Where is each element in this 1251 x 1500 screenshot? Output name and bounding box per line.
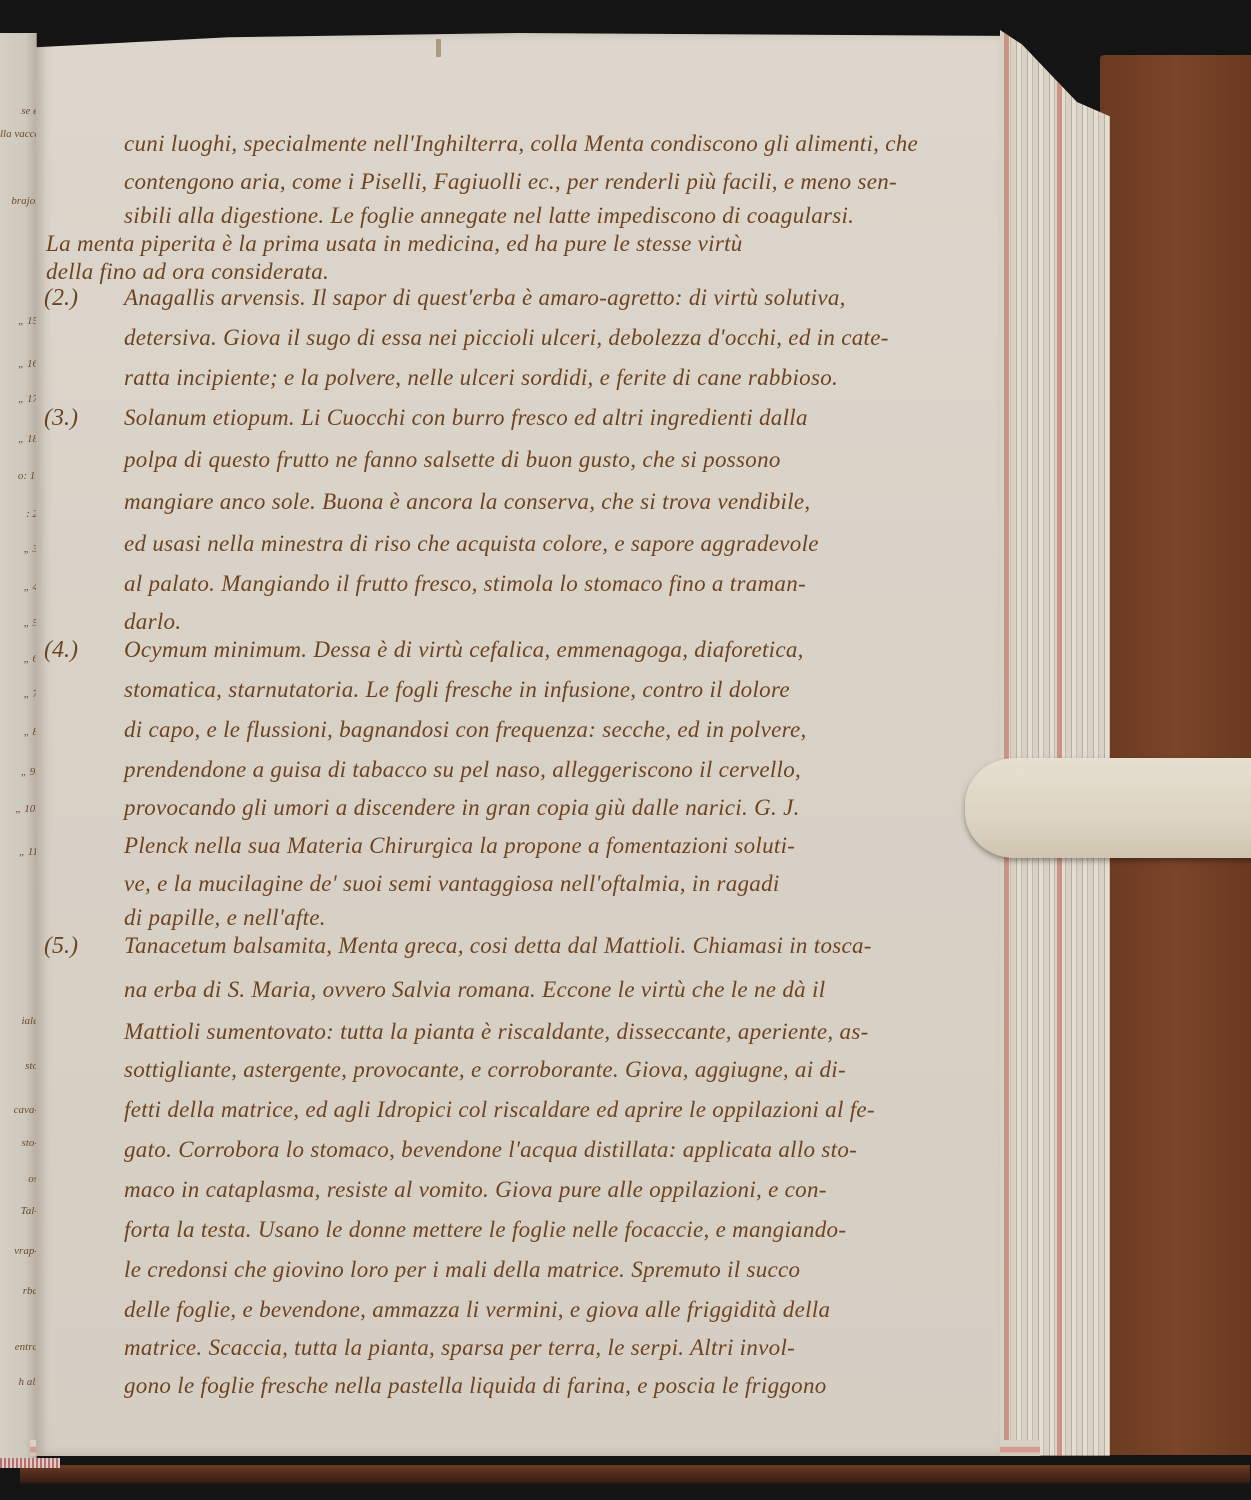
- text-line: le credonsi che giovino loro per i mali …: [124, 1257, 964, 1283]
- margin-fragment: „ 4: [0, 581, 37, 593]
- text-line: ed usasi nella minestra di riso che acqu…: [124, 531, 964, 557]
- text-line: darlo.: [124, 609, 964, 635]
- left-page-sliver: se e lla vacca brajo. „ 15 „ 16 „ 17 „ 1…: [0, 33, 37, 1460]
- margin-fragment: „ 18: [0, 433, 37, 445]
- entry-number: (3.): [44, 405, 78, 432]
- text-line: di papille, e nell'afte.: [124, 905, 964, 931]
- gutter-headband: [0, 1458, 60, 1468]
- margin-fragment: lla vacca: [0, 128, 37, 140]
- margin-fragment: „ 5: [0, 617, 37, 629]
- text-line: fetti della matrice, ed agli Idropici co…: [124, 1097, 964, 1123]
- text-line: gato. Corrobora lo stomaco, bevendone l'…: [124, 1137, 964, 1163]
- margin-fragment: se e: [0, 105, 37, 117]
- text-line: forta la testa. Usano le donne mettere l…: [124, 1217, 964, 1243]
- text-line: gono le foglie fresche nella pastella li…: [124, 1373, 964, 1399]
- margin-fragment: „ 3: [0, 543, 37, 555]
- cover-bottom-edge: [20, 1465, 1250, 1485]
- text-line: delle foglie, e bevendone, ammazza li ve…: [124, 1297, 964, 1323]
- margin-fragment: sto: [0, 1060, 37, 1072]
- margin-fragment: cava-: [0, 1104, 37, 1116]
- pink-leaf-edge: [1004, 30, 1009, 1470]
- manuscript-page: cuni luoghi, specialmente nell'Inghilter…: [36, 33, 1000, 1456]
- text-line: al palato. Mangiando il frutto fresco, s…: [124, 571, 964, 597]
- text-line: sibili alla digestione. Le foglie annega…: [124, 203, 964, 229]
- pink-leaf-edge: [1057, 30, 1062, 1470]
- text-line: ve, e la mucilagine de' suoi semi vantag…: [124, 871, 964, 897]
- book-photograph: se e lla vacca brajo. „ 15 „ 16 „ 17 „ 1…: [0, 0, 1251, 1500]
- margin-fragment: h al.: [0, 1376, 37, 1388]
- entry-number: (4.): [44, 637, 78, 664]
- entry-number: (2.): [44, 285, 78, 312]
- margin-fragment: „ 11: [0, 846, 37, 858]
- page-fore-edge: [1000, 30, 1110, 1470]
- text-line: prendendone a guisa di tabacco su pel na…: [124, 757, 964, 783]
- text-line: cuni luoghi, specialmente nell'Inghilter…: [124, 131, 964, 157]
- text-line: Tanacetum balsamita, Menta greca, cosi d…: [124, 933, 964, 959]
- entry-number: (5.): [44, 933, 78, 960]
- text-line: della fino ad ora considerata.: [46, 259, 886, 285]
- margin-fragment: Tal-: [0, 1205, 37, 1217]
- margin-fragment: vrap-: [0, 1245, 37, 1257]
- margin-fragment: „ 9.: [0, 766, 37, 778]
- text-line: stomatica, starnutatoria. Le fogli fresc…: [124, 677, 964, 703]
- text-line: provocando gli umori a discendere in gra…: [124, 795, 964, 821]
- text-line: detersiva. Giova il sugo di essa nei pic…: [124, 325, 964, 351]
- margin-fragment: entra: [0, 1341, 37, 1353]
- text-line: La menta piperita è la prima usata in me…: [46, 231, 886, 257]
- margin-fragment: o: 1.: [0, 470, 37, 482]
- ink-mark: [436, 39, 441, 57]
- margin-fragment: „ 16: [0, 358, 37, 370]
- leather-cover: [1100, 55, 1251, 1455]
- text-line: matrice. Scaccia, tutta la pianta, spars…: [124, 1335, 964, 1361]
- text-line: Plenck nella sua Materia Chirurgica la p…: [124, 833, 964, 859]
- text-line: contengono aria, come i Piselli, Fagiuol…: [124, 169, 964, 195]
- text-line: Mattioli sumentovato: tutta la pianta è …: [124, 1019, 964, 1045]
- margin-fragment: brajo.: [0, 195, 37, 207]
- margin-fragment: „ 8: [0, 726, 37, 738]
- text-line: Solanum etiopum. Li Cuocchi con burro fr…: [124, 405, 964, 431]
- text-line: sottigliante, astergente, provocante, e …: [124, 1057, 964, 1083]
- margin-fragment: sto-: [0, 1137, 37, 1149]
- margin-fragment: os: [0, 1173, 37, 1185]
- text-line: polpa di questo frutto ne fanno salsette…: [124, 447, 964, 473]
- margin-fragment: „ 6: [0, 653, 37, 665]
- text-line: ratta incipiente; e la polvere, nelle ul…: [124, 365, 964, 391]
- text-line: Ocymum minimum. Dessa è di virtù cefalic…: [124, 637, 964, 663]
- text-line: Anagallis arvensis. Il sapor di quest'er…: [124, 285, 964, 311]
- bone-folder-bookmark: [965, 758, 1251, 858]
- margin-fragment: „ 10.: [0, 803, 37, 815]
- text-line: na erba di S. Maria, ovvero Salvia roman…: [124, 977, 964, 1003]
- margin-fragment: iale: [0, 1015, 37, 1027]
- text-line: maco in cataplasma, resiste al vomito. G…: [124, 1177, 964, 1203]
- margin-fragment: : 2: [0, 508, 37, 520]
- text-line: mangiare anco sole. Buona è ancora la co…: [124, 489, 964, 515]
- margin-fragment: „ 17: [0, 393, 37, 405]
- margin-fragment: „ 15: [0, 315, 37, 327]
- text-line: di capo, e le flussioni, bagnandosi con …: [124, 717, 964, 743]
- margin-fragment: „ 7: [0, 688, 37, 700]
- margin-fragment: rba: [0, 1285, 37, 1297]
